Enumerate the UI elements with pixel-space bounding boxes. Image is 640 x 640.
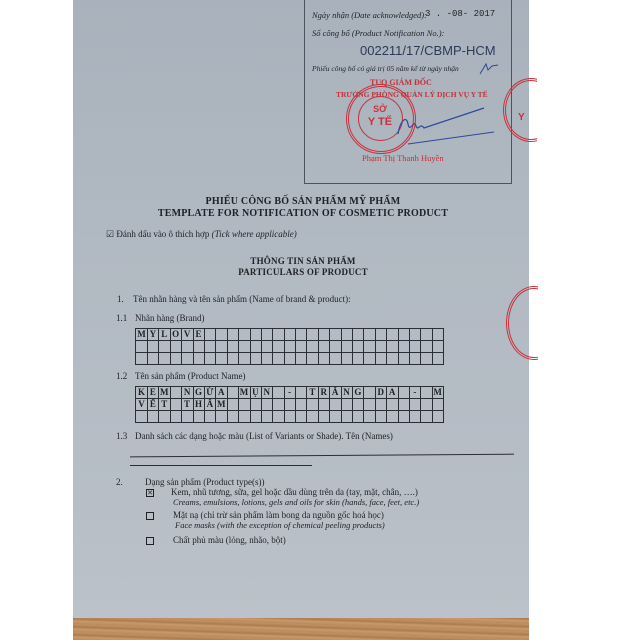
grid-cell[interactable] [261, 329, 273, 341]
grid-cell[interactable] [421, 353, 433, 365]
grid-cell[interactable]: M [159, 387, 171, 399]
section-title-en: PARTICULARS OF PRODUCT [80, 267, 526, 277]
grid-cell[interactable]: A [216, 387, 228, 399]
grid-cell[interactable] [250, 329, 262, 341]
tick-instruction: ☑ Đánh dấu vào ô thích hợp (Tick where a… [106, 229, 297, 240]
brand-input-grid[interactable]: MYLOVE [135, 328, 444, 365]
grid-cell[interactable] [227, 329, 239, 341]
product-type-checkbox-creams[interactable]: ✕ [146, 489, 154, 497]
grid-cell[interactable]: D [375, 387, 387, 399]
grid-cell[interactable] [136, 341, 148, 353]
edge-stamp-bottom [506, 286, 562, 360]
grid-cell[interactable] [364, 353, 376, 365]
grid-cell[interactable] [432, 329, 444, 341]
validity-note: Phiếu công bố có giá trị 05 năm kể từ ng… [312, 64, 459, 73]
item-1-number: 1. [117, 294, 124, 304]
product-type-masks-vi: Mặt nạ (chỉ trừ sản phẩm làm bong da ngu… [173, 510, 384, 520]
grid-cell[interactable] [284, 411, 296, 423]
grid-cell[interactable] [318, 341, 330, 353]
product-type-colour-vi: Chất phủ màu (lỏng, nhão, bột) [173, 535, 286, 545]
grid-cell[interactable]: Ắ [330, 387, 342, 399]
grid-cell[interactable] [307, 411, 319, 423]
grid-cell[interactable] [136, 411, 148, 423]
title-vietnamese: PHIẾU CÔNG BỐ SẢN PHẨM MỸ PHẨM [80, 196, 526, 207]
grid-cell[interactable] [227, 353, 239, 365]
grid-cell[interactable] [147, 353, 159, 365]
grid-cell[interactable] [204, 329, 216, 341]
grid-cell[interactable]: V [136, 399, 148, 411]
grid-cell[interactable] [432, 353, 444, 365]
grid-cell[interactable] [182, 411, 194, 423]
grid-cell[interactable] [409, 353, 421, 365]
grid-cell[interactable] [170, 387, 182, 399]
grid-cell[interactable] [375, 329, 387, 341]
grid-cell[interactable]: T [159, 399, 171, 411]
grid-cell[interactable] [387, 329, 399, 341]
grid-cell[interactable] [295, 353, 307, 365]
grid-cell[interactable] [147, 411, 159, 423]
tick-instruction-en: (Tick where applicable) [212, 229, 297, 239]
grid-cell[interactable] [284, 329, 296, 341]
grid-cell[interactable] [307, 399, 319, 411]
notification-number-label: Số công bố (Product Notification No.): [312, 28, 444, 38]
grid-cell[interactable] [216, 341, 228, 353]
grid-cell[interactable] [318, 353, 330, 365]
tick-instruction-vi: Đánh dấu vào ô thích hợp [116, 229, 209, 239]
grid-cell[interactable] [273, 329, 285, 341]
grid-cell[interactable] [398, 353, 410, 365]
grid-cell[interactable] [159, 353, 171, 365]
grid-cell[interactable] [364, 411, 376, 423]
grid-cell[interactable] [193, 341, 205, 353]
grid-cell[interactable] [250, 353, 262, 365]
grid-cell[interactable] [227, 411, 239, 423]
grid-cell[interactable] [398, 411, 410, 423]
item-1-1-label: Nhãn hàng (Brand) [135, 313, 204, 323]
grid-cell[interactable] [341, 353, 353, 365]
signer-name: Phạm Thị Thanh Huyền [362, 153, 444, 163]
grid-cell[interactable] [273, 387, 285, 399]
item-1-1-number: 1.1 [116, 313, 127, 323]
grid-cell[interactable] [421, 387, 433, 399]
grid-cell[interactable] [352, 399, 364, 411]
grid-cell[interactable] [398, 399, 410, 411]
grid-cell[interactable] [364, 399, 376, 411]
grid-cell[interactable]: E [147, 387, 159, 399]
grid-cell[interactable] [387, 411, 399, 423]
grid-cell[interactable] [421, 341, 433, 353]
grid-cell[interactable] [318, 411, 330, 423]
grid-cell[interactable]: M [216, 399, 228, 411]
grid-cell[interactable]: O [170, 329, 182, 341]
grid-cell[interactable] [398, 329, 410, 341]
grid-cell[interactable]: N [182, 387, 194, 399]
grid-cell[interactable] [387, 341, 399, 353]
grid-cell[interactable] [364, 329, 376, 341]
grid-cell[interactable] [273, 411, 285, 423]
grid-cell[interactable]: N [341, 387, 353, 399]
grid-cell[interactable] [364, 387, 376, 399]
grid-cell[interactable] [295, 329, 307, 341]
grid-cell[interactable] [341, 329, 353, 341]
item-1-label: Tên nhãn hàng và tên sản phẩm (Name of b… [133, 294, 351, 304]
grid-cell[interactable] [227, 387, 239, 399]
grid-cell[interactable] [375, 353, 387, 365]
grid-cell[interactable] [147, 341, 159, 353]
grid-cell[interactable] [159, 411, 171, 423]
grid-cell[interactable] [352, 341, 364, 353]
grid-cell[interactable] [284, 353, 296, 365]
grid-cell[interactable] [216, 329, 228, 341]
grid-cell[interactable] [409, 399, 421, 411]
grid-cell[interactable] [182, 341, 194, 353]
x-mark-icon: ✕ [147, 489, 153, 497]
grid-cell[interactable] [330, 353, 342, 365]
grid-cell[interactable] [261, 411, 273, 423]
grid-cell[interactable] [193, 353, 205, 365]
grid-cell[interactable] [307, 353, 319, 365]
grid-cell[interactable]: M [432, 387, 444, 399]
item-1-2-label: Tên sản phẩm (Product Name) [135, 371, 245, 381]
notification-number-value: 002211/17/CBMP-HCM [360, 43, 496, 58]
grid-cell[interactable] [182, 353, 194, 365]
grid-cell[interactable] [352, 329, 364, 341]
initials-signature [478, 60, 500, 76]
grid-cell[interactable] [284, 399, 296, 411]
grid-cell[interactable] [341, 411, 353, 423]
product-type-creams-en: Creams, emulsions, lotions, gels and oil… [173, 497, 419, 507]
grid-cell[interactable] [330, 411, 342, 423]
grid-cell[interactable]: G [193, 387, 205, 399]
grid-cell[interactable] [239, 353, 251, 365]
grid-cell[interactable] [170, 341, 182, 353]
grid-cell[interactable] [193, 411, 205, 423]
grid-cell[interactable]: T [307, 387, 319, 399]
grid-cell[interactable] [364, 341, 376, 353]
grid-cell[interactable]: H [193, 399, 205, 411]
grid-cell[interactable] [250, 411, 262, 423]
grid-cell[interactable] [295, 411, 307, 423]
item-2-label: Dạng sản phẩm (Product type(s)) [145, 477, 264, 487]
grid-cell[interactable] [307, 329, 319, 341]
checked-box-icon: ☑ [106, 229, 114, 239]
grid-cell[interactable] [341, 341, 353, 353]
grid-cell[interactable]: M [239, 387, 251, 399]
item-1-2-number: 1.2 [116, 371, 127, 381]
product-type-checkbox-colour-coating[interactable] [146, 537, 154, 545]
grid-cell[interactable]: Ừ [204, 387, 216, 399]
grid-cell[interactable] [216, 353, 228, 365]
grid-cell[interactable] [387, 353, 399, 365]
grid-cell[interactable] [421, 329, 433, 341]
grid-cell[interactable] [273, 341, 285, 353]
grid-cell[interactable] [295, 387, 307, 399]
grid-cell[interactable] [307, 341, 319, 353]
grid-cell[interactable] [352, 411, 364, 423]
edge-stamp-letter: Y [518, 112, 525, 123]
grid-cell[interactable] [261, 341, 273, 353]
grid-cell[interactable] [284, 341, 296, 353]
grid-cell[interactable]: E [193, 329, 205, 341]
grid-cell[interactable] [273, 399, 285, 411]
grid-cell[interactable]: Y [147, 329, 159, 341]
grid-cell[interactable] [318, 399, 330, 411]
product-type-creams-vi: Kem, nhũ tương, sữa, gel hoặc dầu dùng t… [171, 487, 418, 497]
grid-cell[interactable] [318, 329, 330, 341]
grid-cell[interactable]: N [261, 387, 273, 399]
grid-cell[interactable] [295, 399, 307, 411]
grid-cell[interactable] [375, 411, 387, 423]
grid-cell[interactable] [227, 341, 239, 353]
grid-cell[interactable] [398, 387, 410, 399]
grid-cell[interactable] [239, 399, 251, 411]
grid-cell[interactable] [273, 353, 285, 365]
grid-cell[interactable] [409, 341, 421, 353]
grid-cell[interactable] [239, 411, 251, 423]
grid-cell[interactable]: T [182, 399, 194, 411]
grid-cell[interactable]: M [136, 329, 148, 341]
grid-cell[interactable] [409, 329, 421, 341]
grid-cell[interactable] [239, 341, 251, 353]
grid-cell[interactable] [432, 341, 444, 353]
grid-cell[interactable] [398, 341, 410, 353]
grid-cell[interactable] [170, 353, 182, 365]
product-name-input-grid[interactable]: KEMNGỪAMỤN-TRẮNGDA-MVẾTTHÂM [135, 386, 444, 423]
grid-cell[interactable] [261, 353, 273, 365]
grid-cell[interactable]: - [284, 387, 296, 399]
grid-cell[interactable] [250, 399, 262, 411]
grid-cell[interactable] [295, 341, 307, 353]
grid-cell[interactable] [330, 329, 342, 341]
grid-cell[interactable] [227, 399, 239, 411]
section-title-vi: THÔNG TIN SẢN PHẨM [80, 256, 526, 266]
grid-cell[interactable] [432, 399, 444, 411]
grid-cell[interactable] [216, 411, 228, 423]
date-acknowledged-label: Ngày nhận (Date acknowledged): [312, 10, 427, 20]
item-1-3-label: Danh sách các dạng hoặc màu (List of Var… [135, 431, 393, 441]
grid-cell[interactable] [387, 399, 399, 411]
item-1-3-number: 1.3 [116, 431, 127, 441]
wooden-table [73, 618, 529, 640]
grid-cell[interactable]: Ụ [250, 387, 262, 399]
variants-input-line-2[interactable] [130, 465, 312, 466]
grid-cell[interactable]: K [136, 387, 148, 399]
grid-cell[interactable]: R [318, 387, 330, 399]
product-type-masks-en: Face masks (with the exception of chemic… [175, 520, 385, 530]
title-english: TEMPLATE FOR NOTIFICATION OF COSMETIC PR… [80, 208, 526, 219]
grid-cell[interactable] [375, 399, 387, 411]
grid-cell[interactable]: G [352, 387, 364, 399]
grid-cell[interactable]: Ế [147, 399, 159, 411]
grid-cell[interactable]: A [387, 387, 399, 399]
director-signature [394, 104, 498, 148]
item-2-number: 2. [116, 477, 123, 487]
grid-cell[interactable] [159, 341, 171, 353]
product-type-checkbox-face-masks[interactable] [146, 512, 154, 520]
grid-cell[interactable] [330, 399, 342, 411]
grid-cell[interactable]: Â [204, 399, 216, 411]
grid-cell[interactable] [204, 353, 216, 365]
grid-cell[interactable] [170, 399, 182, 411]
grid-cell[interactable] [204, 341, 216, 353]
grid-cell[interactable] [409, 411, 421, 423]
grid-cell[interactable] [341, 399, 353, 411]
grid-cell[interactable]: V [182, 329, 194, 341]
grid-cell[interactable]: - [409, 387, 421, 399]
grid-cell[interactable] [136, 353, 148, 365]
grid-cell[interactable] [375, 341, 387, 353]
edge-stamp-top [503, 78, 559, 142]
grid-cell[interactable] [421, 399, 433, 411]
date-acknowledged-value: 3 . -08- 2017 [425, 9, 495, 19]
grid-cell[interactable] [421, 411, 433, 423]
grid-cell[interactable] [352, 353, 364, 365]
grid-cell[interactable] [170, 411, 182, 423]
grid-cell[interactable] [250, 341, 262, 353]
grid-cell[interactable] [432, 411, 444, 423]
grid-cell[interactable] [204, 411, 216, 423]
grid-cell[interactable]: L [159, 329, 171, 341]
grid-cell[interactable] [261, 399, 273, 411]
grid-cell[interactable] [330, 341, 342, 353]
grid-cell[interactable] [239, 329, 251, 341]
